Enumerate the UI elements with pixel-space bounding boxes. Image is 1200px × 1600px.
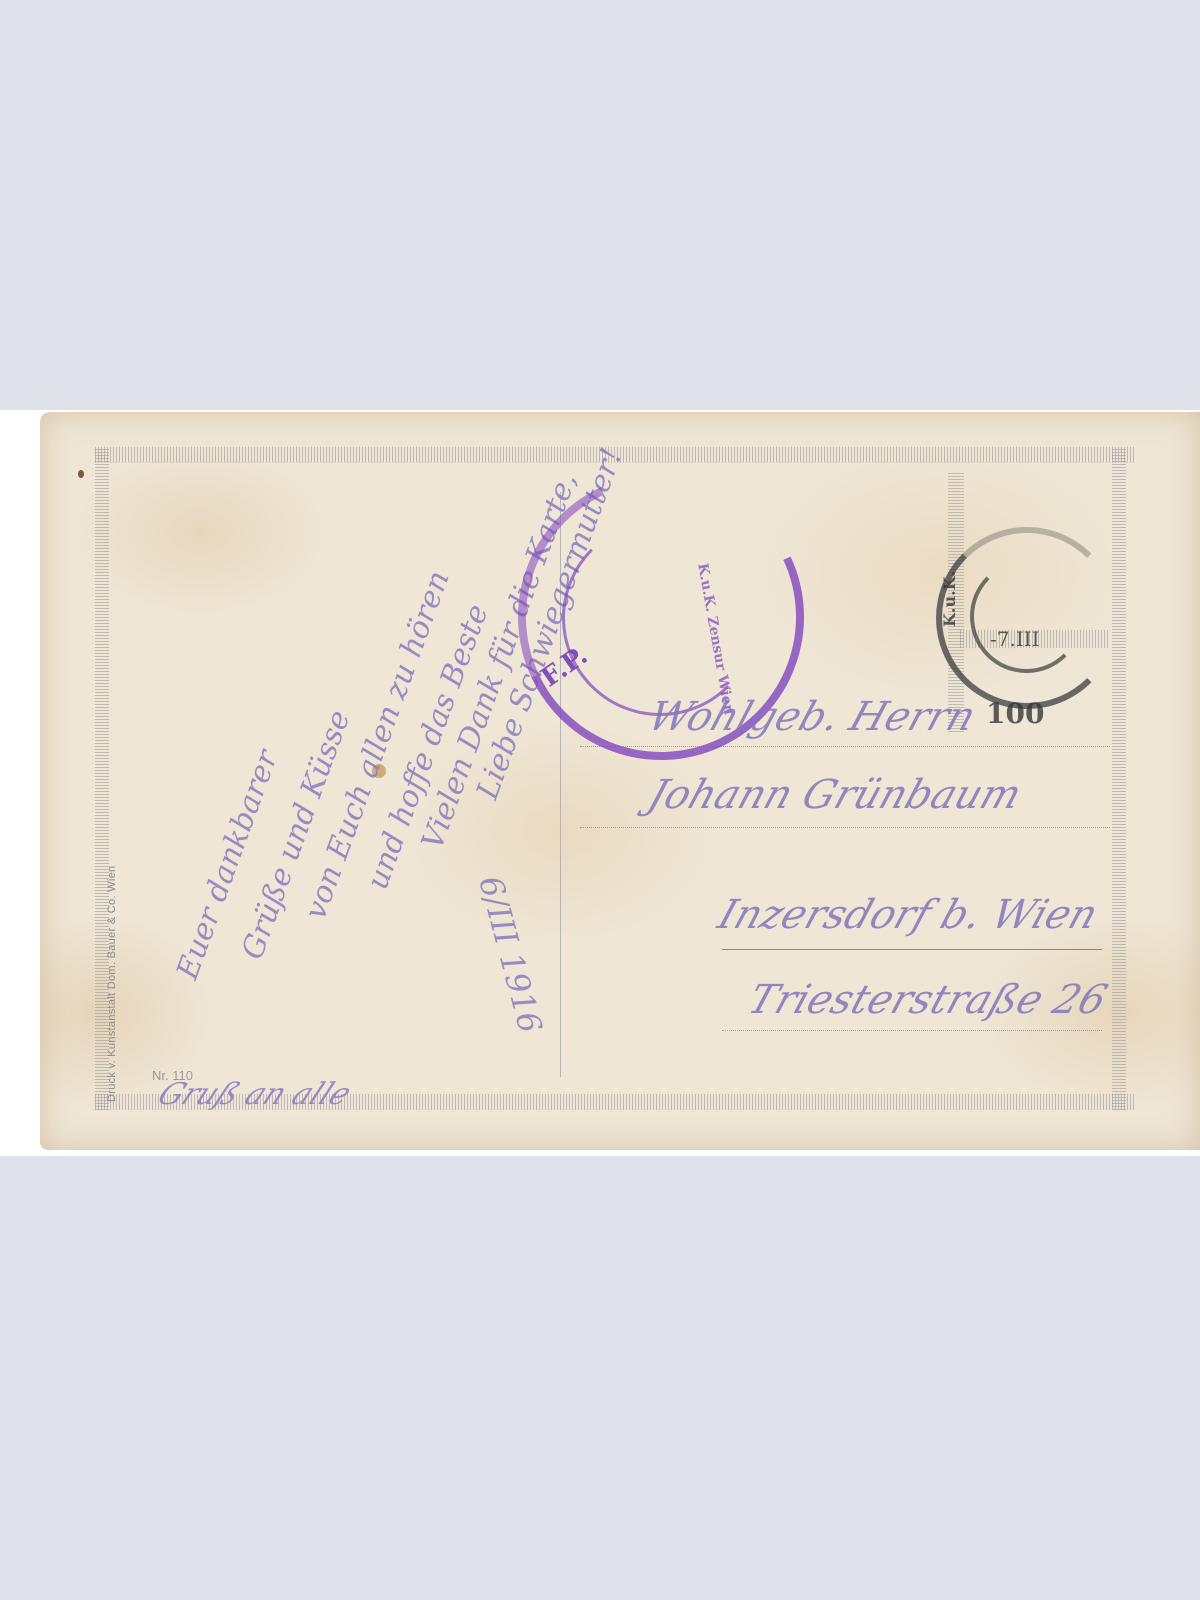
- message-date: 6/III 1916: [471, 872, 549, 1037]
- postmark-inner-ring: [970, 560, 1083, 673]
- postmark-ring-text: K.u.K.: [940, 571, 959, 627]
- address-town: Inzersdorf b. Wien: [713, 892, 1104, 938]
- address-line-4: [722, 1030, 1102, 1031]
- address-salutation: Wohlgeb. Herrn: [643, 694, 982, 740]
- postcard: Druck v. Kunstanstalt Dom. Bauer & Co. W…: [40, 412, 1200, 1150]
- postmark-number: 100: [986, 697, 1044, 730]
- address-line-2: [580, 827, 1110, 828]
- foxing-spot: [78, 470, 84, 478]
- publisher-imprint: Druck v. Kunstanstalt Dom. Bauer & Co. W…: [106, 866, 118, 1102]
- address-street: Triesterstraße 26: [743, 977, 1113, 1023]
- address-name: Johann Grünbaum: [643, 772, 1028, 818]
- postmark-date: -7.III: [990, 627, 1040, 651]
- frame-right: [1112, 447, 1126, 1110]
- address-line-3: [722, 949, 1102, 950]
- message-closing: Gruß an alle: [152, 1077, 357, 1112]
